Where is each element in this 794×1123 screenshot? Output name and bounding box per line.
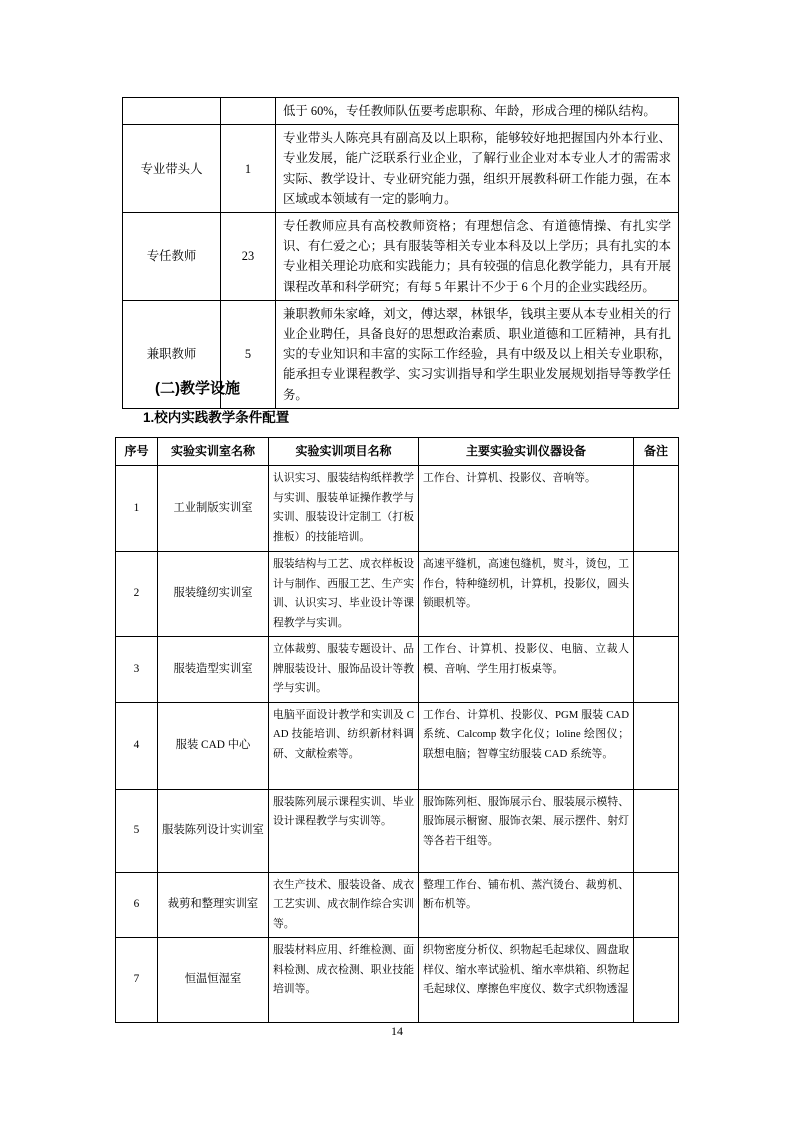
facility-row: 1 工业制版实训室 认识实习、服装结构纸样教学与实训、服装单证操作教学与实训、服… [116,466,679,552]
header-projects: 实验实训项目名称 [269,438,419,466]
teacher-desc-cell: 专任教师应具有高校教师资格；有理想信念、有道德情操、有扎实学识、有仁爱之心；具有… [276,213,679,301]
page-number: 14 [0,1024,794,1039]
facility-equipment-cell: 织物密度分析仪、织物起毛起球仪、圆盘取样仪、缩水率试验机、缩水率烘箱、织物起毛起… [419,938,634,1023]
facility-equipment-cell: 工作台、计算机、投影仪、PGM 服装 CAD 系统、Calcomp 数字化仪；l… [419,702,634,789]
header-note: 备注 [634,438,679,466]
teacher-name-cell: 专业带头人 [123,125,221,213]
facility-row: 3 服装造型实训室 立体裁剪、服装专题设计、品牌服装设计、服饰品设计等教学与实训… [116,637,679,703]
facility-room-cell: 服装 CAD 中心 [158,702,269,789]
teacher-table: 低于 60%，专任教师队伍要考虑职称、年龄，形成合理的梯队结构。 专业带头人 1… [122,97,679,409]
facility-note-cell [634,789,679,872]
facility-room-cell: 工业制版实训室 [158,466,269,552]
header-room: 实验实训室名称 [158,438,269,466]
teacher-desc-cell: 低于 60%，专任教师队伍要考虑职称、年龄，形成合理的梯队结构。 [276,98,679,125]
teacher-desc-cell: 专业带头人陈亮具有副高及以上职称，能够较好地把握国内外本行业、专业发展，能广泛联… [276,125,679,213]
header-equipment: 主要实验实训仪器设备 [419,438,634,466]
teacher-row-continued: 低于 60%，专任教师队伍要考虑职称、年龄，形成合理的梯队结构。 [123,98,679,125]
facility-equipment-cell: 工作台、计算机、投影仪、电脑、立裁人模、音响、学生用打板桌等。 [419,637,634,703]
facility-note-cell [634,466,679,552]
facility-no-cell: 5 [116,789,158,872]
facility-equipment-cell: 工作台、计算机、投影仪、音响等。 [419,466,634,552]
facility-room-cell: 恒温恒湿室 [158,938,269,1023]
facility-equipment-cell: 服饰陈列柜、服饰展示台、服装展示模特、服饰展示橱窗、服饰衣架、展示摆件、射灯等各… [419,789,634,872]
facility-note-cell [634,552,679,637]
facility-note-cell [634,637,679,703]
teacher-count-cell [221,98,276,125]
facility-row: 7 恒温恒湿室 服装材料应用、纤维检测、面料检测、成衣检测、职业技能培训等。 织… [116,938,679,1023]
facility-note-cell [634,938,679,1023]
facility-header-row: 序号 实验实训室名称 实验实训项目名称 主要实验实训仪器设备 备注 [116,438,679,466]
facility-projects-cell: 衣生产技术、服装设备、成衣工艺实训、成衣制作综合实训等。 [269,872,419,938]
facility-no-cell: 2 [116,552,158,637]
teacher-name-cell: 专任教师 [123,213,221,301]
facility-table: 序号 实验实训室名称 实验实训项目名称 主要实验实训仪器设备 备注 1 工业制版… [115,437,679,1023]
teacher-count-cell: 23 [221,213,276,301]
facility-projects-cell: 服装材料应用、纤维检测、面料检测、成衣检测、职业技能培训等。 [269,938,419,1023]
teacher-row-fulltime: 专任教师 23 专任教师应具有高校教师资格；有理想信念、有道德情操、有扎实学识、… [123,213,679,301]
facility-projects-cell: 认识实习、服装结构纸样教学与实训、服装单证操作教学与实训、服装设计定制工（打板推… [269,466,419,552]
facility-row: 5 服装陈列设计实训室 服装陈列展示课程实训、毕业设计课程教学与实训等。 服饰陈… [116,789,679,872]
facility-no-cell: 3 [116,637,158,703]
facility-note-cell [634,872,679,938]
teacher-desc-cell: 兼职教师朱家峰，刘文，傅达翠，林银华，钱琪主要从本专业相关的行业企业聘任，具备良… [276,300,679,408]
facility-room-cell: 服装陈列设计实训室 [158,789,269,872]
section-heading: (二)教学设施 [155,377,240,398]
facility-projects-cell: 立体裁剪、服装专题设计、品牌服装设计、服饰品设计等教学与实训。 [269,637,419,703]
teacher-name-cell [123,98,221,125]
facility-projects-cell: 电脑平面设计教学和实训及 CAD 技能培训、纺织新材料调研、文献检索等。 [269,702,419,789]
facility-projects-cell: 服装结构与工艺、成衣样板设计与制作、西服工艺、生产实训、认识实习、毕业设计等课程… [269,552,419,637]
facility-room-cell: 服装缝纫实训室 [158,552,269,637]
teacher-count-cell: 1 [221,125,276,213]
facility-row: 4 服装 CAD 中心 电脑平面设计教学和实训及 CAD 技能培训、纺织新材料调… [116,702,679,789]
facility-equipment-cell: 整理工作台、铺布机、蒸汽烫台、裁剪机、断布机等。 [419,872,634,938]
facility-no-cell: 6 [116,872,158,938]
facility-no-cell: 4 [116,702,158,789]
facility-no-cell: 7 [116,938,158,1023]
header-no: 序号 [116,438,158,466]
facility-room-cell: 服装造型实训室 [158,637,269,703]
facility-projects-cell: 服装陈列展示课程实训、毕业设计课程教学与实训等。 [269,789,419,872]
subsection-heading: 1.校内实践教学条件配置 [143,406,289,426]
facility-no-cell: 1 [116,466,158,552]
facility-row: 2 服装缝纫实训室 服装结构与工艺、成衣样板设计与制作、西服工艺、生产实训、认识… [116,552,679,637]
document-page: 低于 60%，专任教师队伍要考虑职称、年龄，形成合理的梯队结构。 专业带头人 1… [0,0,794,1123]
facility-row: 6 裁剪和整理实训室 衣生产技术、服装设备、成衣工艺实训、成衣制作综合实训等。 … [116,872,679,938]
teacher-row-leader: 专业带头人 1 专业带头人陈亮具有副高及以上职称，能够较好地把握国内外本行业、专… [123,125,679,213]
facility-room-cell: 裁剪和整理实训室 [158,872,269,938]
facility-note-cell [634,702,679,789]
facility-equipment-cell: 高速平缝机，高速包缝机，熨斗，烫包，工作台，特种缝纫机，计算机，投影仪，圆头锁眼… [419,552,634,637]
